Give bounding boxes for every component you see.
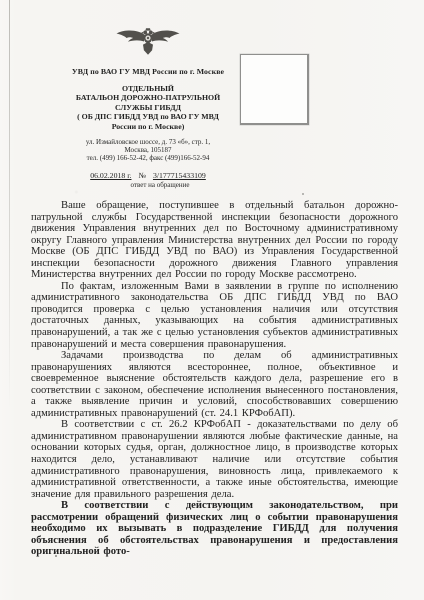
scan-speck (302, 193, 304, 195)
org-name: УВД по ВАО ГУ МВД России по г. Москве (38, 67, 258, 76)
letter-date: 06.02.2018 г. (90, 171, 131, 180)
paragraph-4: В соответствии с ст. 26.2 КРФобАП - дока… (31, 419, 398, 500)
number-sign: № (139, 171, 146, 180)
address-block: ул. Измайловское шоссе, д. 73 «б», стр. … (38, 138, 258, 162)
letter-body: Ваше обращение, поступившее в отдельный … (31, 200, 398, 558)
unit-line: БАТАЛЬОН ДОРОЖНО-ПАТРУЛЬНОЙ (38, 93, 258, 102)
letter-subject: ответ на обращение (50, 181, 270, 189)
unit-line: ( ОБ ДПС ГИБДД УВД по ВАО ГУ МВД (38, 112, 258, 121)
reference-line: 06.02.2018 г.№3/177715433109 (38, 171, 258, 180)
recipient-address-box (240, 54, 309, 125)
paragraph-2: По фактам, изложенным Вами в заявлении в… (31, 281, 398, 350)
address-line: тел. (499) 166-52-42, факс (499)166-52-9… (38, 154, 258, 162)
unit-name: ОТДЕЛЬНЫЙ БАТАЛЬОН ДОРОЖНО-ПАТРУЛЬНОЙ СЛ… (38, 84, 258, 131)
address-line: Москва, 105187 (38, 146, 258, 154)
scan-speck (55, 555, 57, 557)
scanned-letter-page: УВД по ВАО ГУ МВД России по г. Москве ОТ… (0, 0, 424, 600)
address-line: ул. Измайловское шоссе, д. 73 «б», стр. … (38, 138, 258, 146)
paragraph-1: Ваше обращение, поступившее в отдельный … (31, 200, 398, 281)
letter-number: 3/177715433109 (153, 171, 206, 180)
scan-edge-line (9, 0, 10, 430)
letterhead: УВД по ВАО ГУ МВД России по г. Москве ОТ… (38, 26, 258, 189)
paragraph-3: Задачами производства по делам об админи… (31, 350, 398, 419)
paragraph-5: В соответствии с действующим законодател… (31, 500, 398, 558)
unit-line: России по г. Москве) (38, 122, 258, 131)
mvd-eagle-emblem-icon (115, 26, 181, 56)
unit-line: СЛУЖБЫ ГИБДД (38, 103, 258, 112)
unit-line: ОТДЕЛЬНЫЙ (38, 84, 258, 93)
